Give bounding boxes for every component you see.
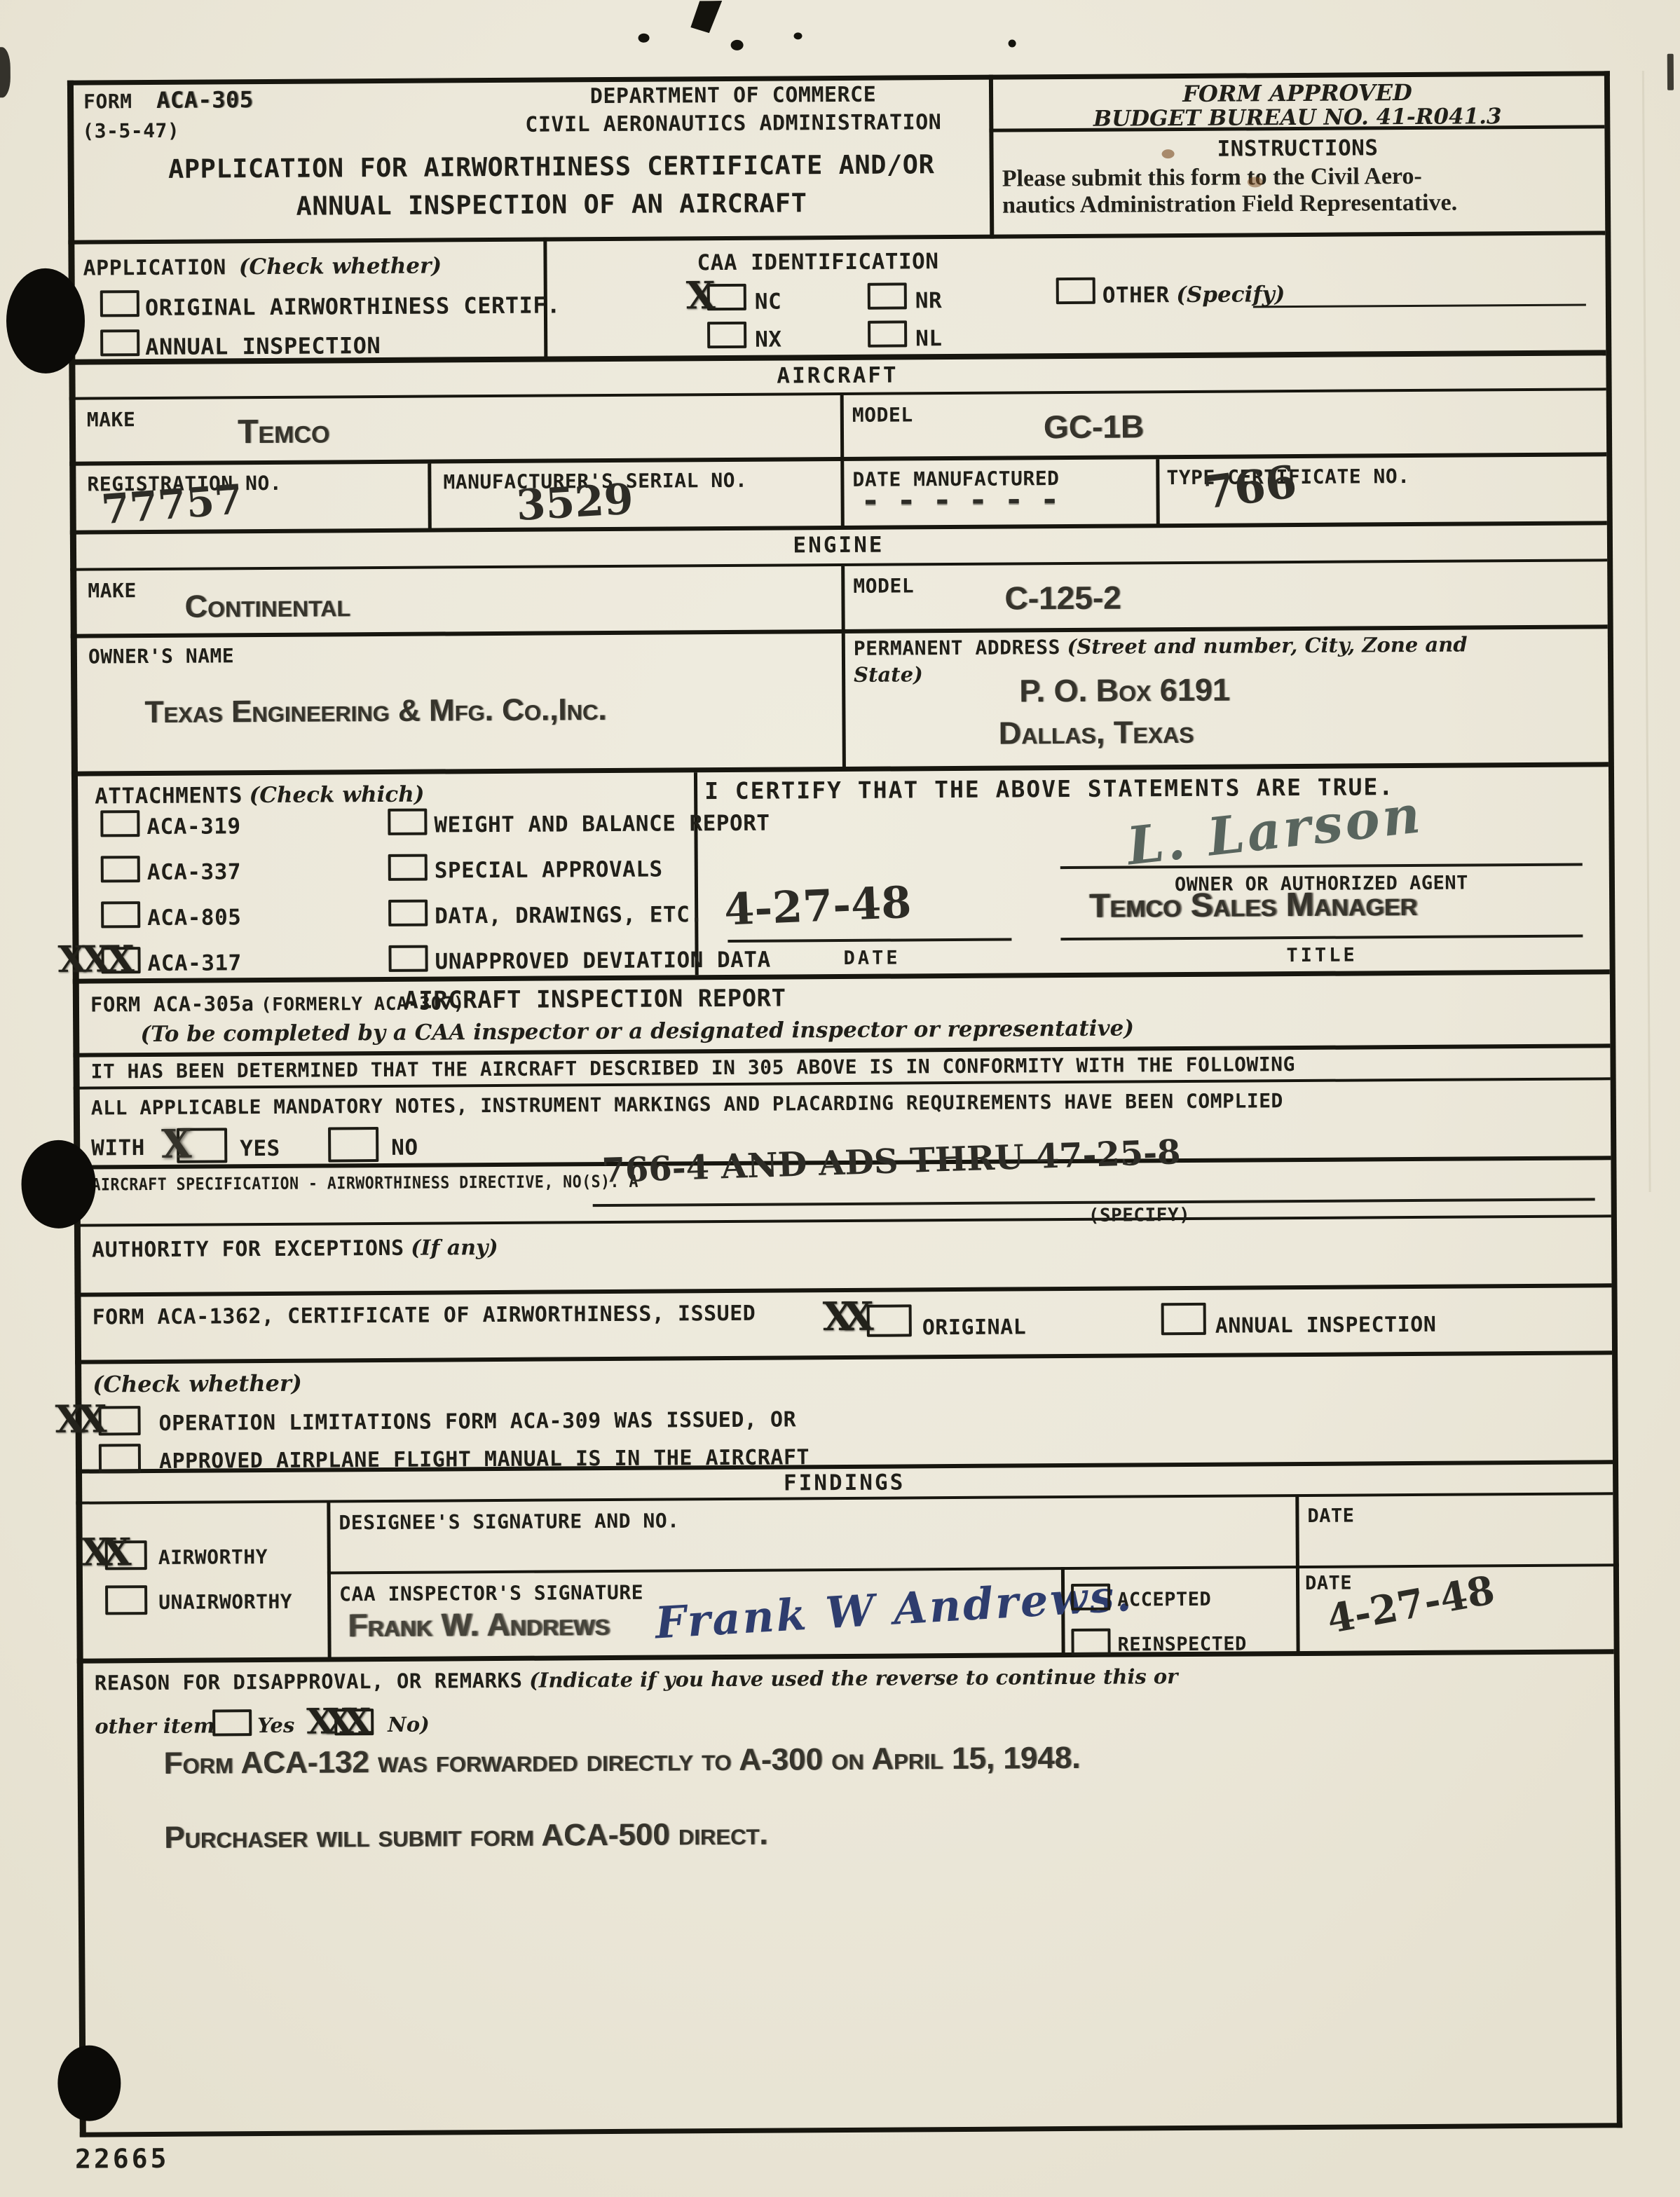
paper-crease [1642, 71, 1651, 1192]
unairworthy-checkbox[interactable] [105, 1585, 147, 1615]
edge-mark-right [1667, 54, 1674, 90]
rule-attach-bottom [73, 969, 1610, 983]
instructions-line2: nautics Administration Field Representat… [1002, 190, 1457, 219]
aircraft-make-value: Temco [238, 412, 330, 451]
serial-value: 3529 [515, 474, 635, 531]
remarks-heading: REASON FOR DISAPPROVAL, OR REMARKS (Indi… [95, 1664, 1178, 1695]
findings-title: FINDINGS [784, 1470, 906, 1496]
designee-date-label: DATE [1307, 1505, 1354, 1527]
inspection-report-title: AIRCRAFT INSPECTION REPORT [404, 984, 786, 1014]
ink-dot-2 [731, 40, 744, 50]
rule-owner-divider [842, 634, 846, 767]
complied-yes-label: YES [240, 1136, 280, 1161]
nr-checkbox[interactable] [868, 282, 907, 309]
department-line1: DEPARTMENT OF COMMERCE [484, 82, 982, 109]
rule-header-bottom [68, 231, 1605, 244]
punch-hole-middle [21, 1139, 96, 1228]
caa-identification-label: CAA IDENTIFICATION [697, 249, 938, 275]
inspection-report-title-wrap: AIRCRAFT INSPECTION REPORT [392, 984, 798, 1015]
punch-hole-top [6, 268, 86, 374]
aca-805-checkbox[interactable] [101, 901, 140, 928]
flight-manual-checkbox[interactable] [99, 1444, 141, 1473]
department-line2: CIVIL AERONAUTICS ADMINISTRATION [456, 109, 1010, 137]
weight-balance-label: WEIGHT AND BALANCE REPORT [434, 811, 770, 838]
issued-original-mark: XX [823, 1294, 864, 1340]
with-label: WITH [91, 1135, 145, 1161]
nc-label: NC [755, 289, 782, 314]
certification-date-value: 4-27-48 [723, 877, 913, 936]
rule-reg-div3 [1156, 459, 1160, 525]
owner-name-label: OWNER'S NAME [88, 644, 234, 668]
instructions-line1: Please submit this form to the Civil Aer… [1002, 163, 1422, 193]
spec-value: 766-4 AND ADS THRU 47-25-8 [601, 1132, 1182, 1191]
airworthy-label: AIRWORTHY [158, 1545, 268, 1569]
complied-yes-mark: X [161, 1121, 185, 1168]
remarks-no-mark: XXX [306, 1700, 363, 1741]
form-number: ACA-305 [156, 86, 254, 114]
aca-805-label: ACA-805 [147, 905, 241, 931]
rule-date-col [1295, 1497, 1299, 1652]
page-title-line2: ANNUAL INSPECTION OF AN AIRCRAFT [121, 187, 983, 223]
aircraft-model-label: MODEL [852, 403, 913, 427]
special-approvals-checkbox[interactable] [388, 854, 428, 881]
address-line1: P. O. Box 6191 [1019, 672, 1230, 710]
unairworthy-label: UNAIRWORTHY [158, 1590, 292, 1614]
form-revision: (3-5-47) [82, 119, 179, 143]
remark-line2: Purchaser will submit form ACA-500 direc… [164, 1817, 768, 1856]
rule-reg-div2 [840, 461, 845, 527]
complied-no-label: NO [391, 1135, 418, 1161]
ink-dot-3 [794, 32, 803, 39]
annual-inspection-label: ANNUAL INSPECTION [145, 332, 381, 360]
rust-stain-1 [1162, 149, 1175, 158]
reinspected-label: REINSPECTED [1117, 1633, 1246, 1655]
specify-label: (SPECIFY) [1088, 1205, 1191, 1226]
inspector-typed-name: Frank W. Andrews [348, 1605, 610, 1644]
permanent-address-label: PERMANENT ADDRESS (Street and number, Ci… [854, 633, 1468, 660]
aca-337-checkbox[interactable] [101, 856, 140, 882]
rule-designee-bottom [327, 1563, 1619, 1574]
unapproved-deviation-label: UNAPPROVED DEVIATION DATA [435, 947, 770, 975]
nl-checkbox[interactable] [868, 320, 907, 347]
scanned-form-page: FORM ACA-305 (3-5-47) DEPARTMENT OF COMM… [0, 0, 1680, 2197]
form-approved-line2: BUDGET BUREAU NO. 41-R041.3 [992, 103, 1602, 132]
nr-label: NR [915, 288, 943, 313]
aca-319-checkbox[interactable] [100, 810, 139, 837]
airworthy-mark: XX [81, 1529, 123, 1574]
aca-317-label: ACA-317 [147, 950, 241, 976]
engine-section-title: ENGINE [70, 528, 1607, 562]
form-label: FORM [83, 90, 132, 113]
certification-title-label: TITLE [1286, 944, 1357, 966]
nc-check-mark: X [686, 273, 709, 317]
ink-dot-1 [638, 34, 650, 43]
rule-spec-bottom [74, 1214, 1611, 1226]
annual-inspection-checkbox[interactable] [100, 329, 139, 356]
inspection-subtitle-wrap: (To be completed by a CAA inspector or a… [104, 1015, 1170, 1047]
nc-checkbox[interactable] [707, 284, 746, 310]
data-drawings-label: DATA, DRAWINGS, ETC. [435, 902, 703, 929]
inspection-subtitle: (To be completed by a CAA inspector or a… [140, 1015, 1134, 1047]
certification-date-line[interactable] [728, 938, 1011, 943]
designee-signature-label: DESIGNEE'S SIGNATURE AND NO. [339, 1509, 679, 1534]
remark-line1: Form ACA-132 was forwarded directly to A… [163, 1741, 1080, 1781]
issued-annual-label: ANNUAL INSPECTION [1215, 1313, 1437, 1339]
form-number-label: FORM [83, 90, 132, 113]
unapproved-deviation-checkbox[interactable] [388, 945, 428, 972]
registration-value: 77757 [100, 475, 244, 533]
form-scan: FORM ACA-305 (3-5-47) DEPARTMENT OF COMM… [0, 0, 1680, 2197]
other-label: OTHER (Specify) [1102, 282, 1285, 308]
nx-label: NX [755, 327, 782, 352]
border-bottom [80, 2123, 1623, 2137]
certification-title-line[interactable] [1060, 935, 1583, 941]
permanent-address-label2: State) [854, 662, 923, 687]
special-approvals-label: SPECIAL APPROVALS [435, 857, 663, 884]
rule-emake-divider [841, 566, 845, 629]
rule-reg-div1 [428, 464, 432, 530]
accepted-label: ACCEPTED [1117, 1589, 1211, 1611]
flight-manual-label: APPROVED AIRPLANE FLIGHT MANUAL IS IN TH… [159, 1445, 810, 1474]
issued-original-label: ORIGINAL [922, 1315, 1027, 1340]
aircraft-section-title: AIRCRAFT [69, 358, 1606, 392]
aca-337-label: ACA-337 [147, 859, 241, 885]
punch-hole-bottom [57, 2045, 121, 2121]
instructions-title: INSTRUCTIONS [992, 134, 1602, 163]
ink-blot-top [683, 1, 722, 33]
address-line2: Dallas, Texas [998, 714, 1194, 752]
caa-inspector-label: CAA INSPECTOR'S SIGNATURE [339, 1581, 643, 1606]
certification-date-label: DATE [843, 947, 900, 969]
page-title-line1: APPLICATION FOR AIRWORTHINESS CERTIFICAT… [121, 149, 983, 185]
rule-attach-divider [694, 772, 699, 975]
issued-original-checkbox[interactable] [867, 1304, 912, 1336]
ink-dot-4 [1009, 39, 1016, 47]
findings-date-label: DATE [1305, 1573, 1352, 1594]
engine-model-label: MODEL [853, 574, 914, 598]
type-certificate-value: 766 [1200, 456, 1299, 519]
engine-make-value: Continental [184, 587, 350, 624]
engine-model-value: C-125-2 [1004, 579, 1121, 617]
original-airworthiness-label: ORIGINAL AIRWORTHINESS CERTIF. [145, 292, 561, 321]
weight-balance-checkbox[interactable] [388, 809, 427, 835]
certification-title-label-wrap: TITLE [1060, 943, 1583, 969]
reinspected-checkbox[interactable] [1071, 1629, 1110, 1655]
operation-limitations-label: OPERATION LIMITATIONS FORM ACA-309 WAS I… [159, 1407, 797, 1436]
owner-name-value: Texas Engineering & Mfg. Co.,Inc. [144, 692, 606, 730]
date-manufactured-value: - - - - - - [863, 479, 1062, 519]
original-airworthiness-checkbox[interactable] [100, 290, 139, 317]
rule-findings-leftcol [327, 1503, 331, 1658]
determined-line: IT HAS BEEN DETERMINED THAT THE AIRCRAFT… [90, 1053, 1295, 1083]
certification-title-value: Temco Sales Manager [1089, 885, 1417, 926]
remarks-no-label: No) [388, 1713, 430, 1737]
remarks-yes-checkbox[interactable] [212, 1709, 252, 1736]
issued-annual-checkbox[interactable] [1161, 1303, 1206, 1335]
accepted-checkbox[interactable] [1071, 1584, 1110, 1610]
rule-make-bottom [69, 452, 1606, 465]
nx-checkbox[interactable] [707, 322, 746, 348]
rule-1362-bottom [75, 1350, 1612, 1364]
rule-make-divider [840, 395, 845, 460]
other-checkbox[interactable] [1056, 278, 1095, 304]
nl-label: NL [915, 326, 943, 351]
data-drawings-checkbox[interactable] [388, 900, 428, 926]
application-heading: APPLICATION (Check whether) [83, 253, 442, 280]
operation-limitations-mark: XX [55, 1396, 100, 1441]
other-specify-line[interactable] [1253, 303, 1586, 308]
remarks-yes-label: Yes [257, 1713, 294, 1737]
complied-line: ALL APPLICABLE MANDATORY NOTES, INSTRUME… [91, 1089, 1283, 1119]
aca1362-label: FORM ACA-1362, CERTIFICATE OF AIRWORTHIN… [93, 1301, 756, 1330]
remarks-other-item: other item [95, 1713, 214, 1738]
complied-no-checkbox[interactable] [328, 1127, 378, 1162]
check-whether-note: (Check whether) [93, 1370, 302, 1398]
border-right [1604, 71, 1623, 2128]
operation-limitations-checkbox[interactable] [98, 1406, 140, 1435]
aca-317-check-mark: XXX [57, 938, 130, 981]
rule-findings-bottom [77, 1649, 1614, 1663]
corner-smudge [0, 47, 11, 97]
engine-make-label: MAKE [88, 579, 137, 602]
rust-stain-2 [1248, 177, 1263, 187]
stamp-number: 22665 [75, 2143, 170, 2175]
aircraft-model-value: GC-1B [1044, 407, 1144, 446]
authority-heading: AUTHORITY FOR EXCEPTIONS (If any) [92, 1236, 498, 1263]
aca-319-label: ACA-319 [146, 814, 240, 840]
spec-label: AIRCRAFT SPECIFICATION - AIRWORTHINESS D… [91, 1172, 638, 1195]
attachments-heading: ATTACHMENTS (Check which) [95, 782, 425, 809]
aircraft-make-label: MAKE [87, 408, 136, 431]
